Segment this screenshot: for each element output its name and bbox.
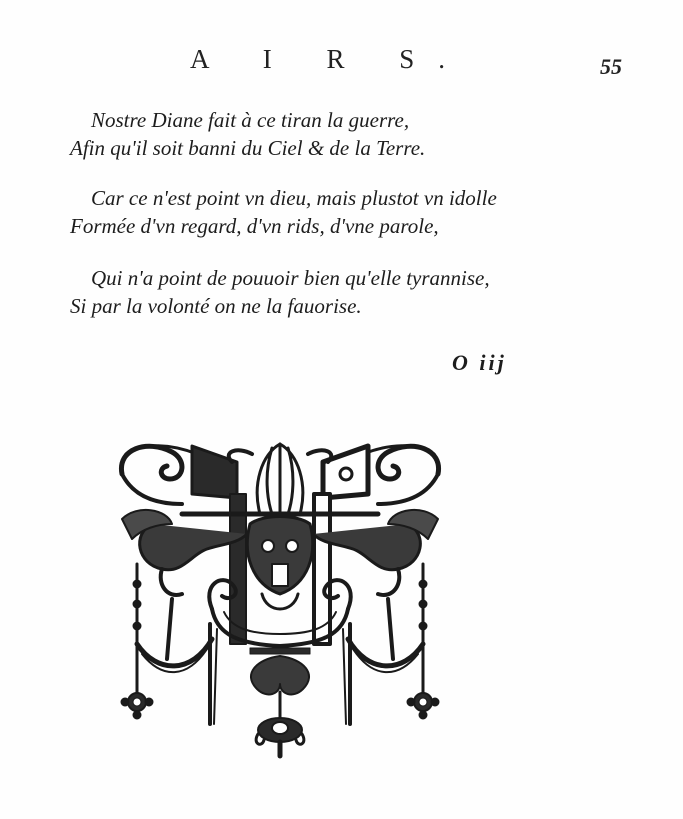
signature-mark: O iij <box>452 350 507 376</box>
verse-line: Nostre Diane fait à ce tiran la guerre, <box>70 106 425 134</box>
stanza-1: Nostre Diane fait à ce tiran la guerre, … <box>70 106 425 162</box>
verse-line: Si par la volonté on ne la fauorise. <box>70 292 490 320</box>
verse-line: Formée d'vn regard, d'vn rids, d'vne par… <box>70 212 497 240</box>
page-number: 55 <box>600 54 622 80</box>
book-page: A I R S. 55 Nostre Diane fait à ce tiran… <box>0 0 683 819</box>
verse-line: Car ce n'est point vn dieu, mais plustot… <box>70 184 497 212</box>
stanza-3: Qui n'a point de pouuoir bien qu'elle ty… <box>70 264 490 320</box>
stanza-2: Car ce n'est point vn dieu, mais plustot… <box>70 184 497 240</box>
verse-line: Qui n'a point de pouuoir bien qu'elle ty… <box>70 264 490 292</box>
running-head: A I R S. <box>190 44 380 75</box>
grotesque-mask-ornament-icon <box>112 434 448 760</box>
verse-line: Afin qu'il soit banni du Ciel & de la Te… <box>70 134 425 162</box>
